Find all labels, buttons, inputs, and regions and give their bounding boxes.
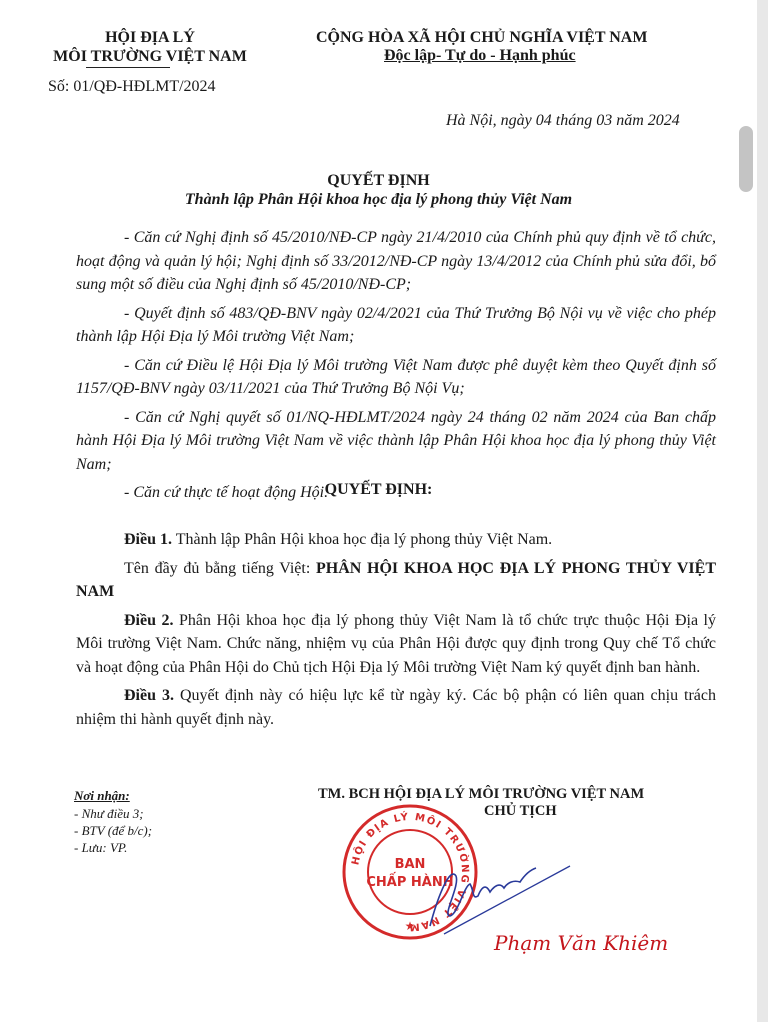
org-name-line2: MÔI TRƯỜNG VIỆT NAM — [42, 48, 258, 66]
signer-name: Phạm Văn Khiêm — [494, 931, 668, 955]
recipient-item: - BTV (để b/c); — [74, 823, 152, 839]
star-icon: ★ — [405, 919, 416, 933]
recipient-item: - Như điều 3; — [74, 806, 144, 822]
scrollbar-thumb[interactable] — [739, 126, 753, 192]
place-date: Hà Nội, ngày 04 tháng 03 năm 2024 — [446, 112, 680, 130]
signature-organization: TM. BCH HỘI ĐỊA LÝ MÔI TRƯỜNG VIỆT NAM — [318, 786, 644, 803]
article-2-label: Điều 2. — [124, 612, 174, 629]
article-1-fullname: Tên đầy đủ bằng tiếng Việt: PHÂN HỘI KHO… — [76, 557, 716, 604]
fullname-prefix: Tên đầy đủ bằng tiếng Việt: — [124, 560, 316, 577]
national-title: CỘNG HÒA XÃ HỘI CHỦ NGHĨA VIỆT NAM — [316, 29, 647, 47]
org-underline — [86, 67, 170, 68]
legal-basis-item: - Căn cứ Nghị định số 45/2010/NĐ-CP ngày… — [76, 226, 716, 297]
handwritten-signature — [420, 856, 580, 936]
legal-basis-item: - Căn cứ Nghị quyết số 01/NQ-HĐLMT/2024 … — [76, 406, 716, 477]
decision-heading: QUYẾT ĐỊNH: — [0, 481, 757, 499]
document-page: HỘI ĐỊA LÝ MÔI TRƯỜNG VIỆT NAM Số: 01/QĐ… — [0, 0, 757, 1022]
legal-basis-item: - Căn cứ Điều lệ Hội Địa lý Môi trường V… — [76, 354, 716, 401]
article-1-label: Điều 1. — [124, 531, 172, 548]
signature-title: CHỦ TỊCH — [484, 803, 557, 820]
legal-bases: - Căn cứ Nghị định số 45/2010/NĐ-CP ngày… — [76, 226, 716, 510]
national-motto: Độc lập- Tự do - Hạnh phúc — [384, 47, 576, 65]
recipient-item: - Lưu: VP. — [74, 840, 127, 856]
article-1: Điều 1. Thành lập Phân Hội khoa học địa … — [76, 528, 716, 552]
articles: Điều 1. Thành lập Phân Hội khoa học địa … — [76, 528, 716, 736]
document-number: Số: 01/QĐ-HĐLMT/2024 — [48, 78, 216, 96]
article-3: Điều 3. Quyết định này có hiệu lực kể từ… — [76, 684, 716, 731]
legal-basis-item: - Quyết định số 483/QĐ-BNV ngày 02/4/202… — [76, 302, 716, 349]
article-1-text: Thành lập Phân Hội khoa học địa lý phong… — [172, 531, 552, 548]
document-title: QUYẾT ĐỊNH — [0, 172, 757, 190]
scrollbar-track[interactable] — [757, 0, 768, 1022]
article-3-label: Điều 3. — [124, 687, 174, 704]
document-subtitle: Thành lập Phân Hội khoa học địa lý phong… — [0, 191, 757, 209]
recipients-title: Nơi nhận: — [74, 788, 130, 804]
org-name-line1: HỘI ĐỊA LÝ — [70, 29, 230, 47]
article-2: Điều 2. Phân Hội khoa học địa lý phong t… — [76, 609, 716, 680]
